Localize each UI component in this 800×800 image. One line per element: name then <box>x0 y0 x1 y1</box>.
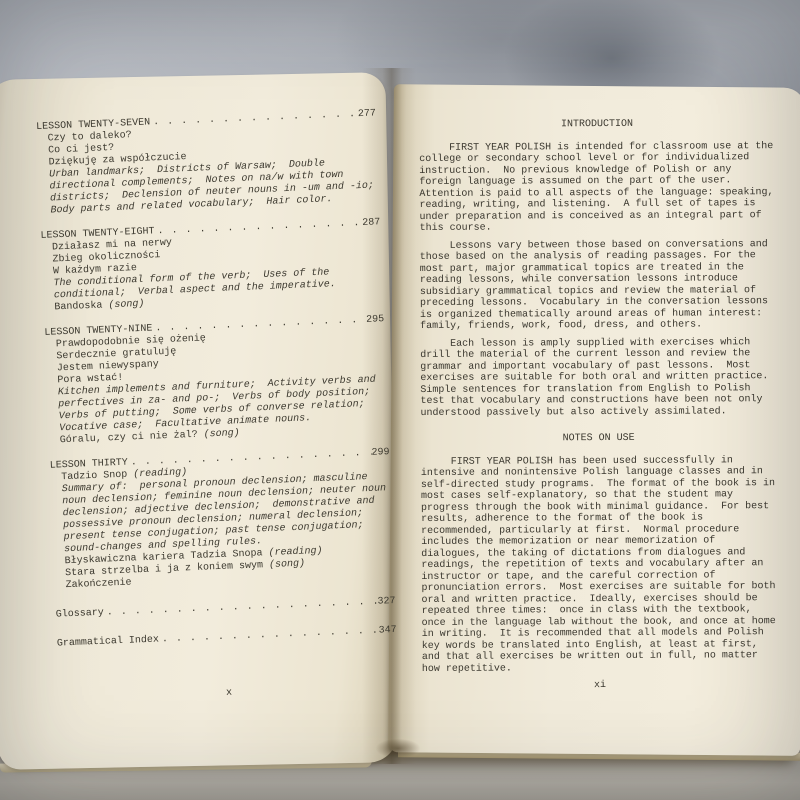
book-photo: LESSON TWENTY-SEVEN . . . . . . . . . . … <box>0 0 800 800</box>
paragraph: Each lesson is amply supplied with exerc… <box>420 337 776 419</box>
section-introduction: INTRODUCTION FIRST YEAR POLISH is intend… <box>419 118 777 419</box>
work-note: (song) <box>204 428 240 440</box>
toc-lesson-block: LESSON TWENTY-SEVEN . . . . . . . . . . … <box>36 108 380 218</box>
toc-lesson-block: LESSON TWENTY-EIGHT . . . . . . . . . . … <box>40 217 383 315</box>
work-note: (song) <box>269 559 305 571</box>
backmatter-page-number: 347 <box>378 625 396 638</box>
lesson-description: Summary of: personal pronoun declension;… <box>51 471 394 557</box>
lesson-page-number: 287 <box>362 217 380 230</box>
work-note: (song) <box>108 299 144 311</box>
dot-leader: . . . . . . . . . . . . . . . . . . . . … <box>159 626 379 647</box>
introduction-page: INTRODUCTION FIRST YEAR POLISH is intend… <box>419 118 778 692</box>
work-title: Bandoska <box>54 300 108 313</box>
section-notes-on-use: NOTES ON USE FIRST YEAR POLISH has been … <box>421 432 778 675</box>
table-of-contents: LESSON TWENTY-SEVEN . . . . . . . . . . … <box>36 108 399 706</box>
lesson-page-number: 277 <box>358 108 376 121</box>
toc-lesson-block: LESSON THIRTY . . . . . . . . . . . . . … <box>50 447 395 593</box>
backmatter-title: Glossary <box>56 608 104 622</box>
section-heading: NOTES ON USE <box>421 432 777 445</box>
dot-leader: . . . . . . . . . . . . . . . . . . . . … <box>104 597 378 620</box>
lesson-page-number: 299 <box>371 447 389 460</box>
right-page-number: xi <box>422 679 778 692</box>
work-title: Zakończenie <box>65 578 131 592</box>
lesson-page-number: 295 <box>366 314 384 327</box>
toc-entry-glossary: Glossary . . . . . . . . . . . . . . . .… <box>56 596 396 622</box>
backmatter-title: Grammatical Index <box>57 634 159 650</box>
gutter-foot-shadow <box>368 738 428 764</box>
section-heading: INTRODUCTION <box>419 118 775 131</box>
work-note: (reading) <box>268 546 322 559</box>
paragraph: FIRST YEAR POLISH has been used successf… <box>421 455 778 675</box>
work-note: (reading) <box>133 467 187 480</box>
paragraph: Lessons vary between those based on conv… <box>420 239 776 333</box>
toc-lesson-block: LESSON TWENTY-NINE . . . . . . . . . . .… <box>44 314 389 448</box>
paragraph: FIRST YEAR POLISH is intended for classr… <box>419 141 775 235</box>
backmatter-page-number: 327 <box>377 596 395 609</box>
toc-entry-grammatical-index: Grammatical Index . . . . . . . . . . . … <box>57 625 397 651</box>
